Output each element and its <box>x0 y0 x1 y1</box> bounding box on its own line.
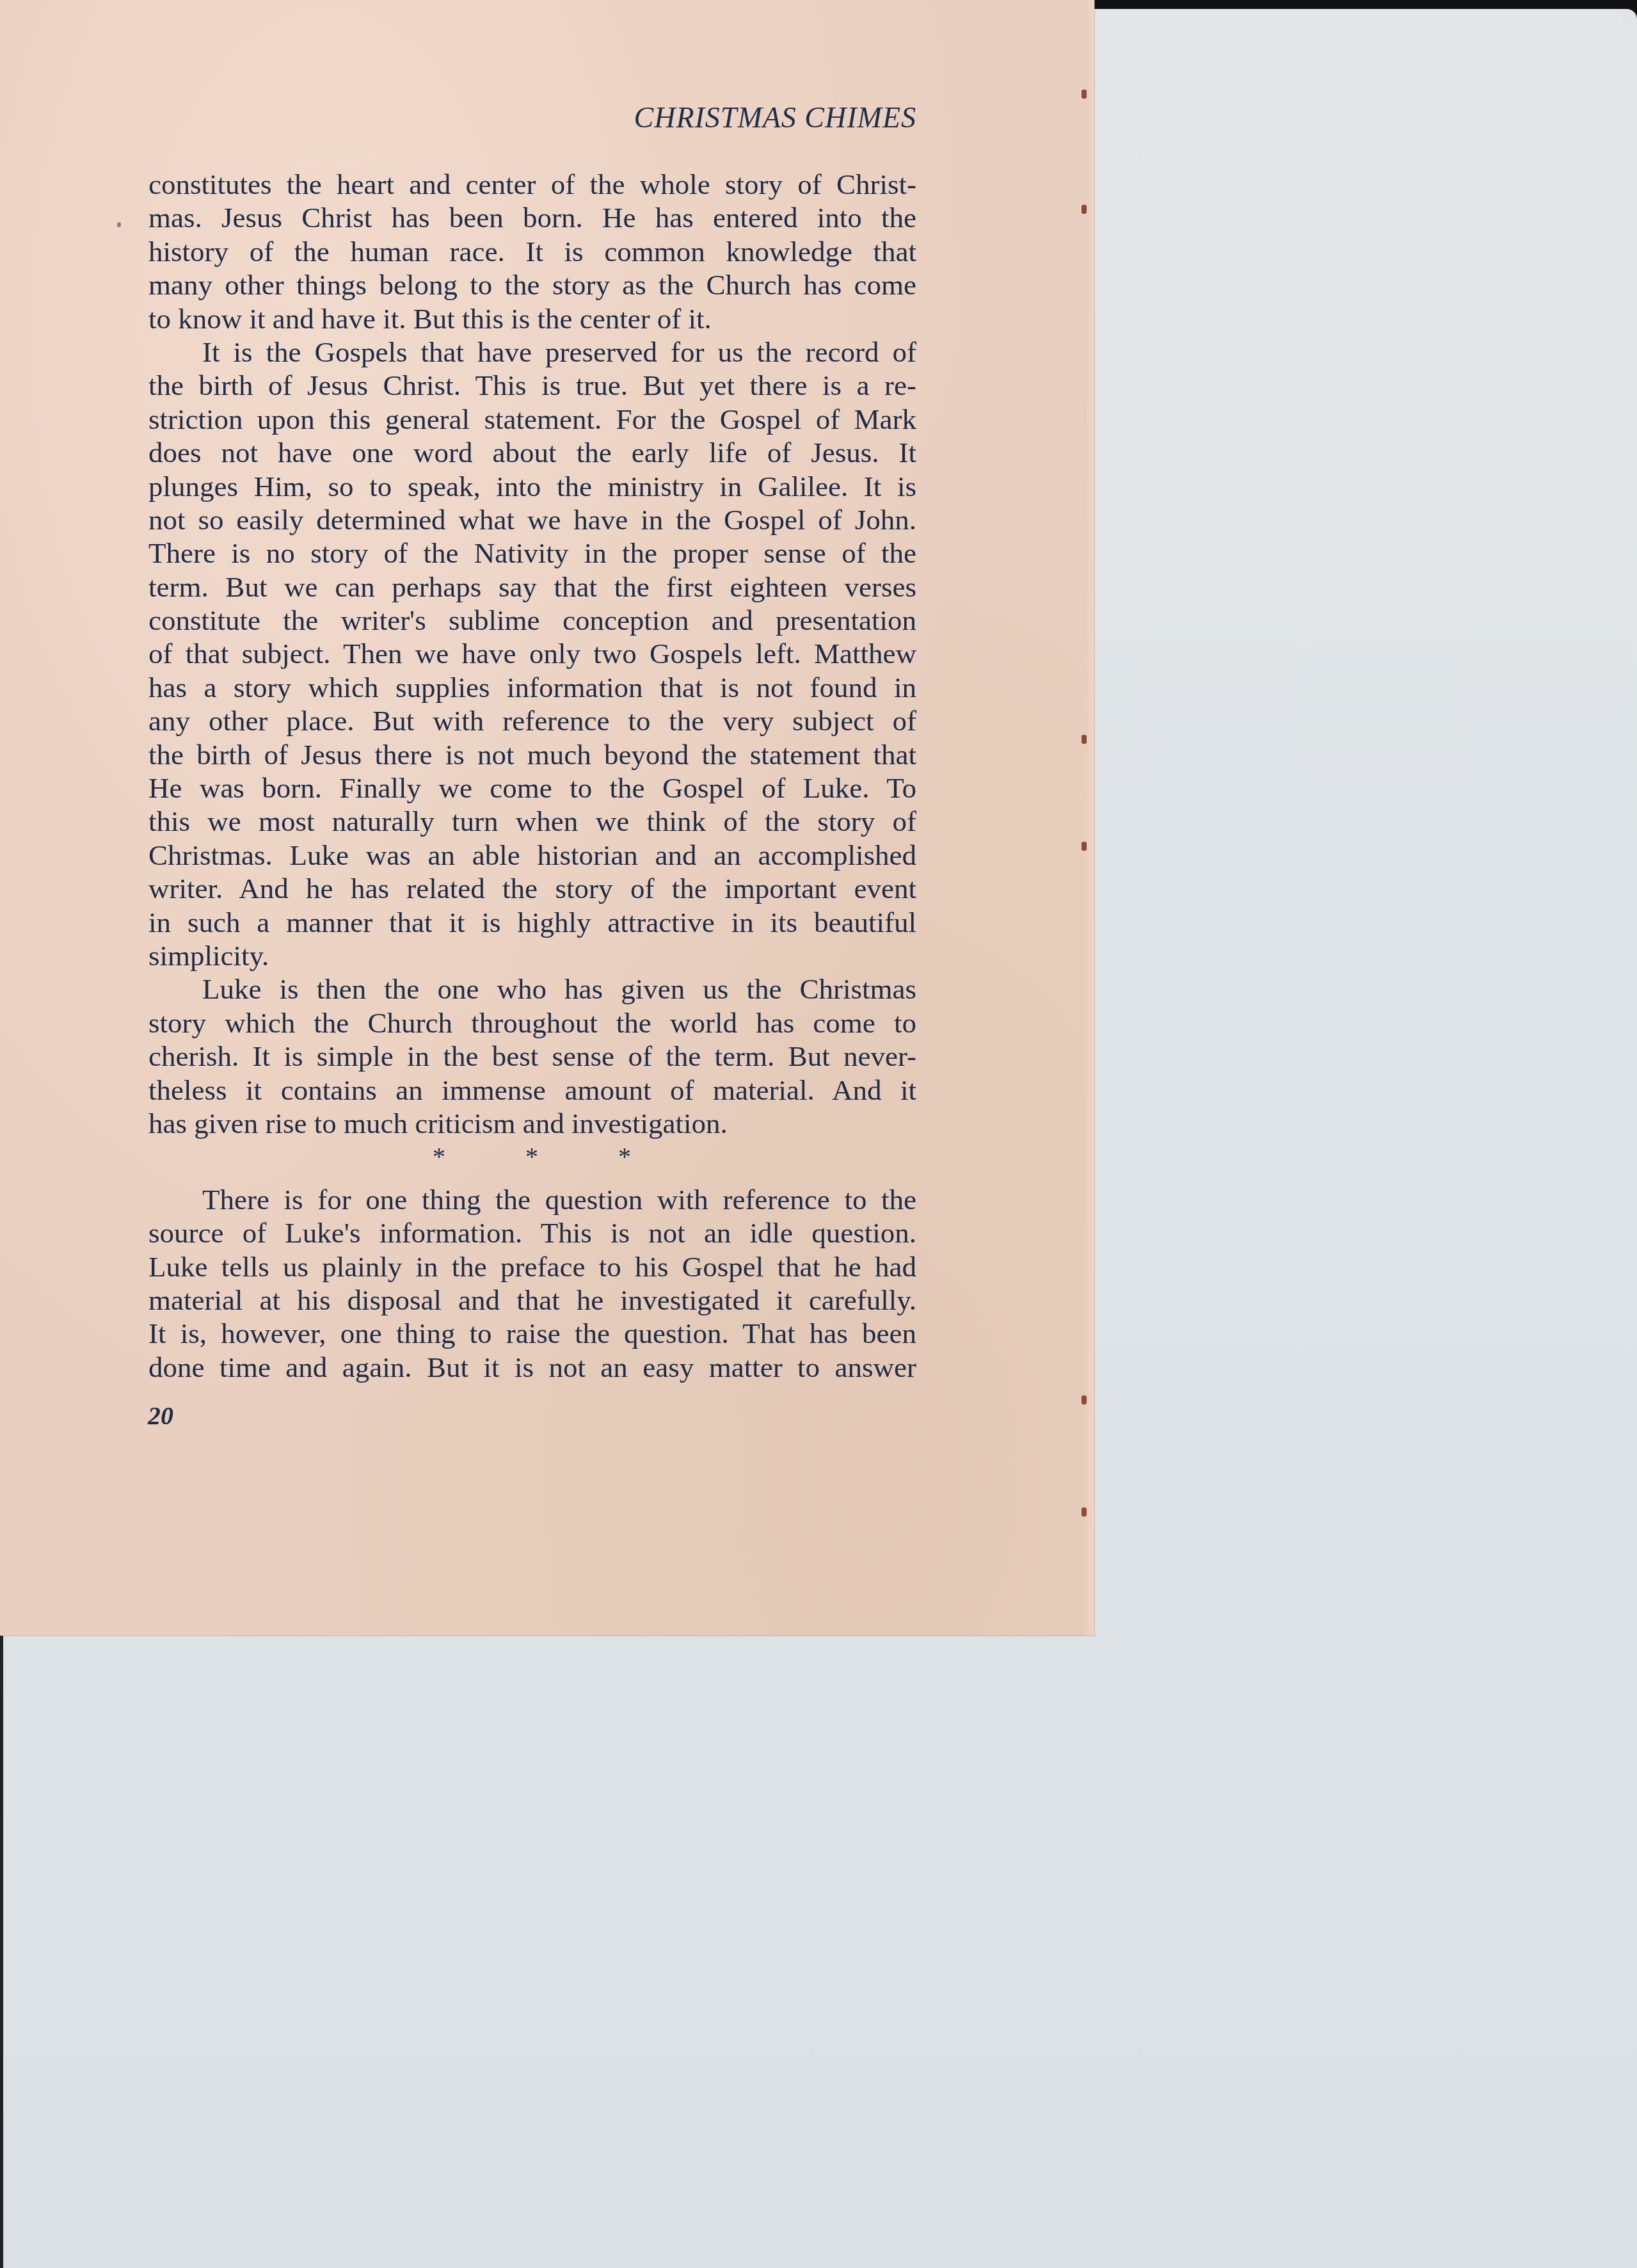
body-text: constitutes the heart and center of the … <box>148 168 916 1384</box>
text-line: It is the Gospels that have preserved fo… <box>148 335 916 369</box>
text-line: history of the human race. It is common … <box>148 235 916 268</box>
text-line: many other things belong to the story as… <box>148 268 916 302</box>
text-line: theless it contains an immense amount of… <box>148 1074 916 1107</box>
text-line: done time and again. But it is not an ea… <box>148 1351 916 1384</box>
asterisk: * <box>618 1140 631 1173</box>
text-line: story which the Church throughout the wo… <box>148 1006 916 1040</box>
paragraph: constitutes the heart and center of the … <box>148 168 916 335</box>
spacer <box>148 1174 916 1183</box>
binding-notch <box>1082 1395 1087 1404</box>
paragraph: It is the Gospels that have preserved fo… <box>148 335 916 972</box>
text-line: constitutes the heart and center of the … <box>148 168 916 201</box>
text-line: simplicity. <box>148 939 916 972</box>
text-line: cherish. It is simple in the best sense … <box>148 1040 916 1073</box>
text-line: mas. Jesus Christ has been born. He has … <box>148 201 916 234</box>
text-line: any other place. But with reference to t… <box>148 704 916 737</box>
text-line: plunges Him, so to speak, into the minis… <box>148 470 916 503</box>
text-line: this we most naturally turn when we thin… <box>148 805 916 838</box>
text-line: It is, however, one thing to raise the q… <box>148 1317 916 1350</box>
scanner-corner <box>1622 6 1637 26</box>
asterisk: * <box>433 1140 445 1173</box>
text-line: does not have one word about the early l… <box>148 436 916 469</box>
scanner-lid-edge <box>1083 0 1637 9</box>
text-line: Luke is then the one who has given us th… <box>148 972 916 1006</box>
text-line: constitute the writer's sublime concepti… <box>148 604 916 637</box>
running-head: CHRISTMAS CHIMES <box>595 100 916 136</box>
text-line: There is no story of the Nativity in the… <box>148 536 916 570</box>
text-line: He was born. Finally we come to the Gosp… <box>148 771 916 805</box>
section-break: * * * <box>148 1140 916 1173</box>
binding-notch <box>1082 842 1087 851</box>
text-line: the birth of Jesus there is not much bey… <box>148 738 916 771</box>
text-line: has given rise to much criticism and inv… <box>148 1107 916 1140</box>
text-line: writer. And he has related the story of … <box>148 872 916 905</box>
text-line: There is for one thing the question with… <box>148 1183 916 1216</box>
scanner-left-edge <box>0 1636 3 2268</box>
paper-speck <box>117 222 121 227</box>
paragraph: Luke is then the one who has given us th… <box>148 972 916 1140</box>
binding-notch <box>1082 205 1087 214</box>
book-page: CHRISTMAS CHIMES constitutes the heart a… <box>0 0 1094 1636</box>
text-line: not so easily determined what we have in… <box>148 503 916 536</box>
binding-notch <box>1082 90 1087 99</box>
text-line: of that subject. Then we have only two G… <box>148 637 916 670</box>
text-line: to know it and have it. But this is the … <box>148 302 916 335</box>
paragraph: There is for one thing the question with… <box>148 1183 916 1384</box>
text-line: term. But we can perhaps say that the fi… <box>148 570 916 604</box>
asterisk: * <box>525 1140 538 1173</box>
text-line: in such a manner that it is highly attra… <box>148 906 916 939</box>
binding-notch <box>1082 1508 1087 1516</box>
text-line: the birth of Jesus Christ. This is true.… <box>148 369 916 402</box>
binding-notch <box>1082 735 1087 744</box>
text-line: Christmas. Luke was an able historian an… <box>148 839 916 872</box>
page-edge <box>1083 0 1094 1636</box>
text-line: Luke tells us plainly in the preface to … <box>148 1250 916 1283</box>
text-line: has a story which supplies information t… <box>148 671 916 704</box>
text-line: material at his disposal and that he inv… <box>148 1283 916 1317</box>
page-number: 20 <box>148 1401 173 1431</box>
text-line: striction upon this general statement. F… <box>148 403 916 436</box>
text-line: source of Luke's information. This is no… <box>148 1216 916 1250</box>
